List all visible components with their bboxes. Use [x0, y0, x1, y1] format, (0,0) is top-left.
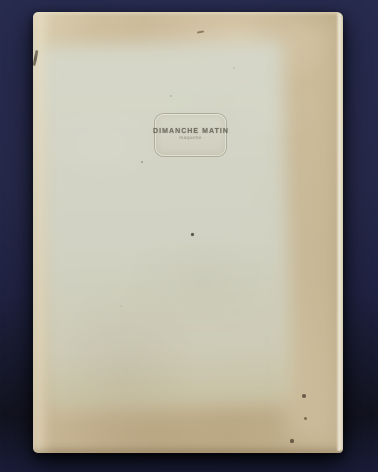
cover-left-highlight: [33, 12, 51, 453]
foxing-spot: [197, 30, 204, 33]
cover-faded-panel: [36, 40, 294, 413]
foxing-spot: [302, 394, 306, 398]
book-cover-photo: DIMANCHE MATIN maquette: [33, 12, 343, 453]
foxing-spot: [170, 95, 172, 97]
foxing-spot: [191, 233, 194, 236]
foxing-spot: [290, 439, 294, 443]
cover-right-light-band: [285, 26, 333, 440]
foxing-spot: [120, 305, 122, 307]
book-subtitle: maquette: [179, 136, 202, 140]
page-fore-edge: [336, 13, 343, 451]
foxing-spot: [233, 67, 235, 69]
book-title: DIMANCHE MATIN: [153, 128, 229, 135]
title-label-plate: DIMANCHE MATIN maquette: [155, 114, 226, 156]
foxing-spot: [304, 417, 307, 420]
